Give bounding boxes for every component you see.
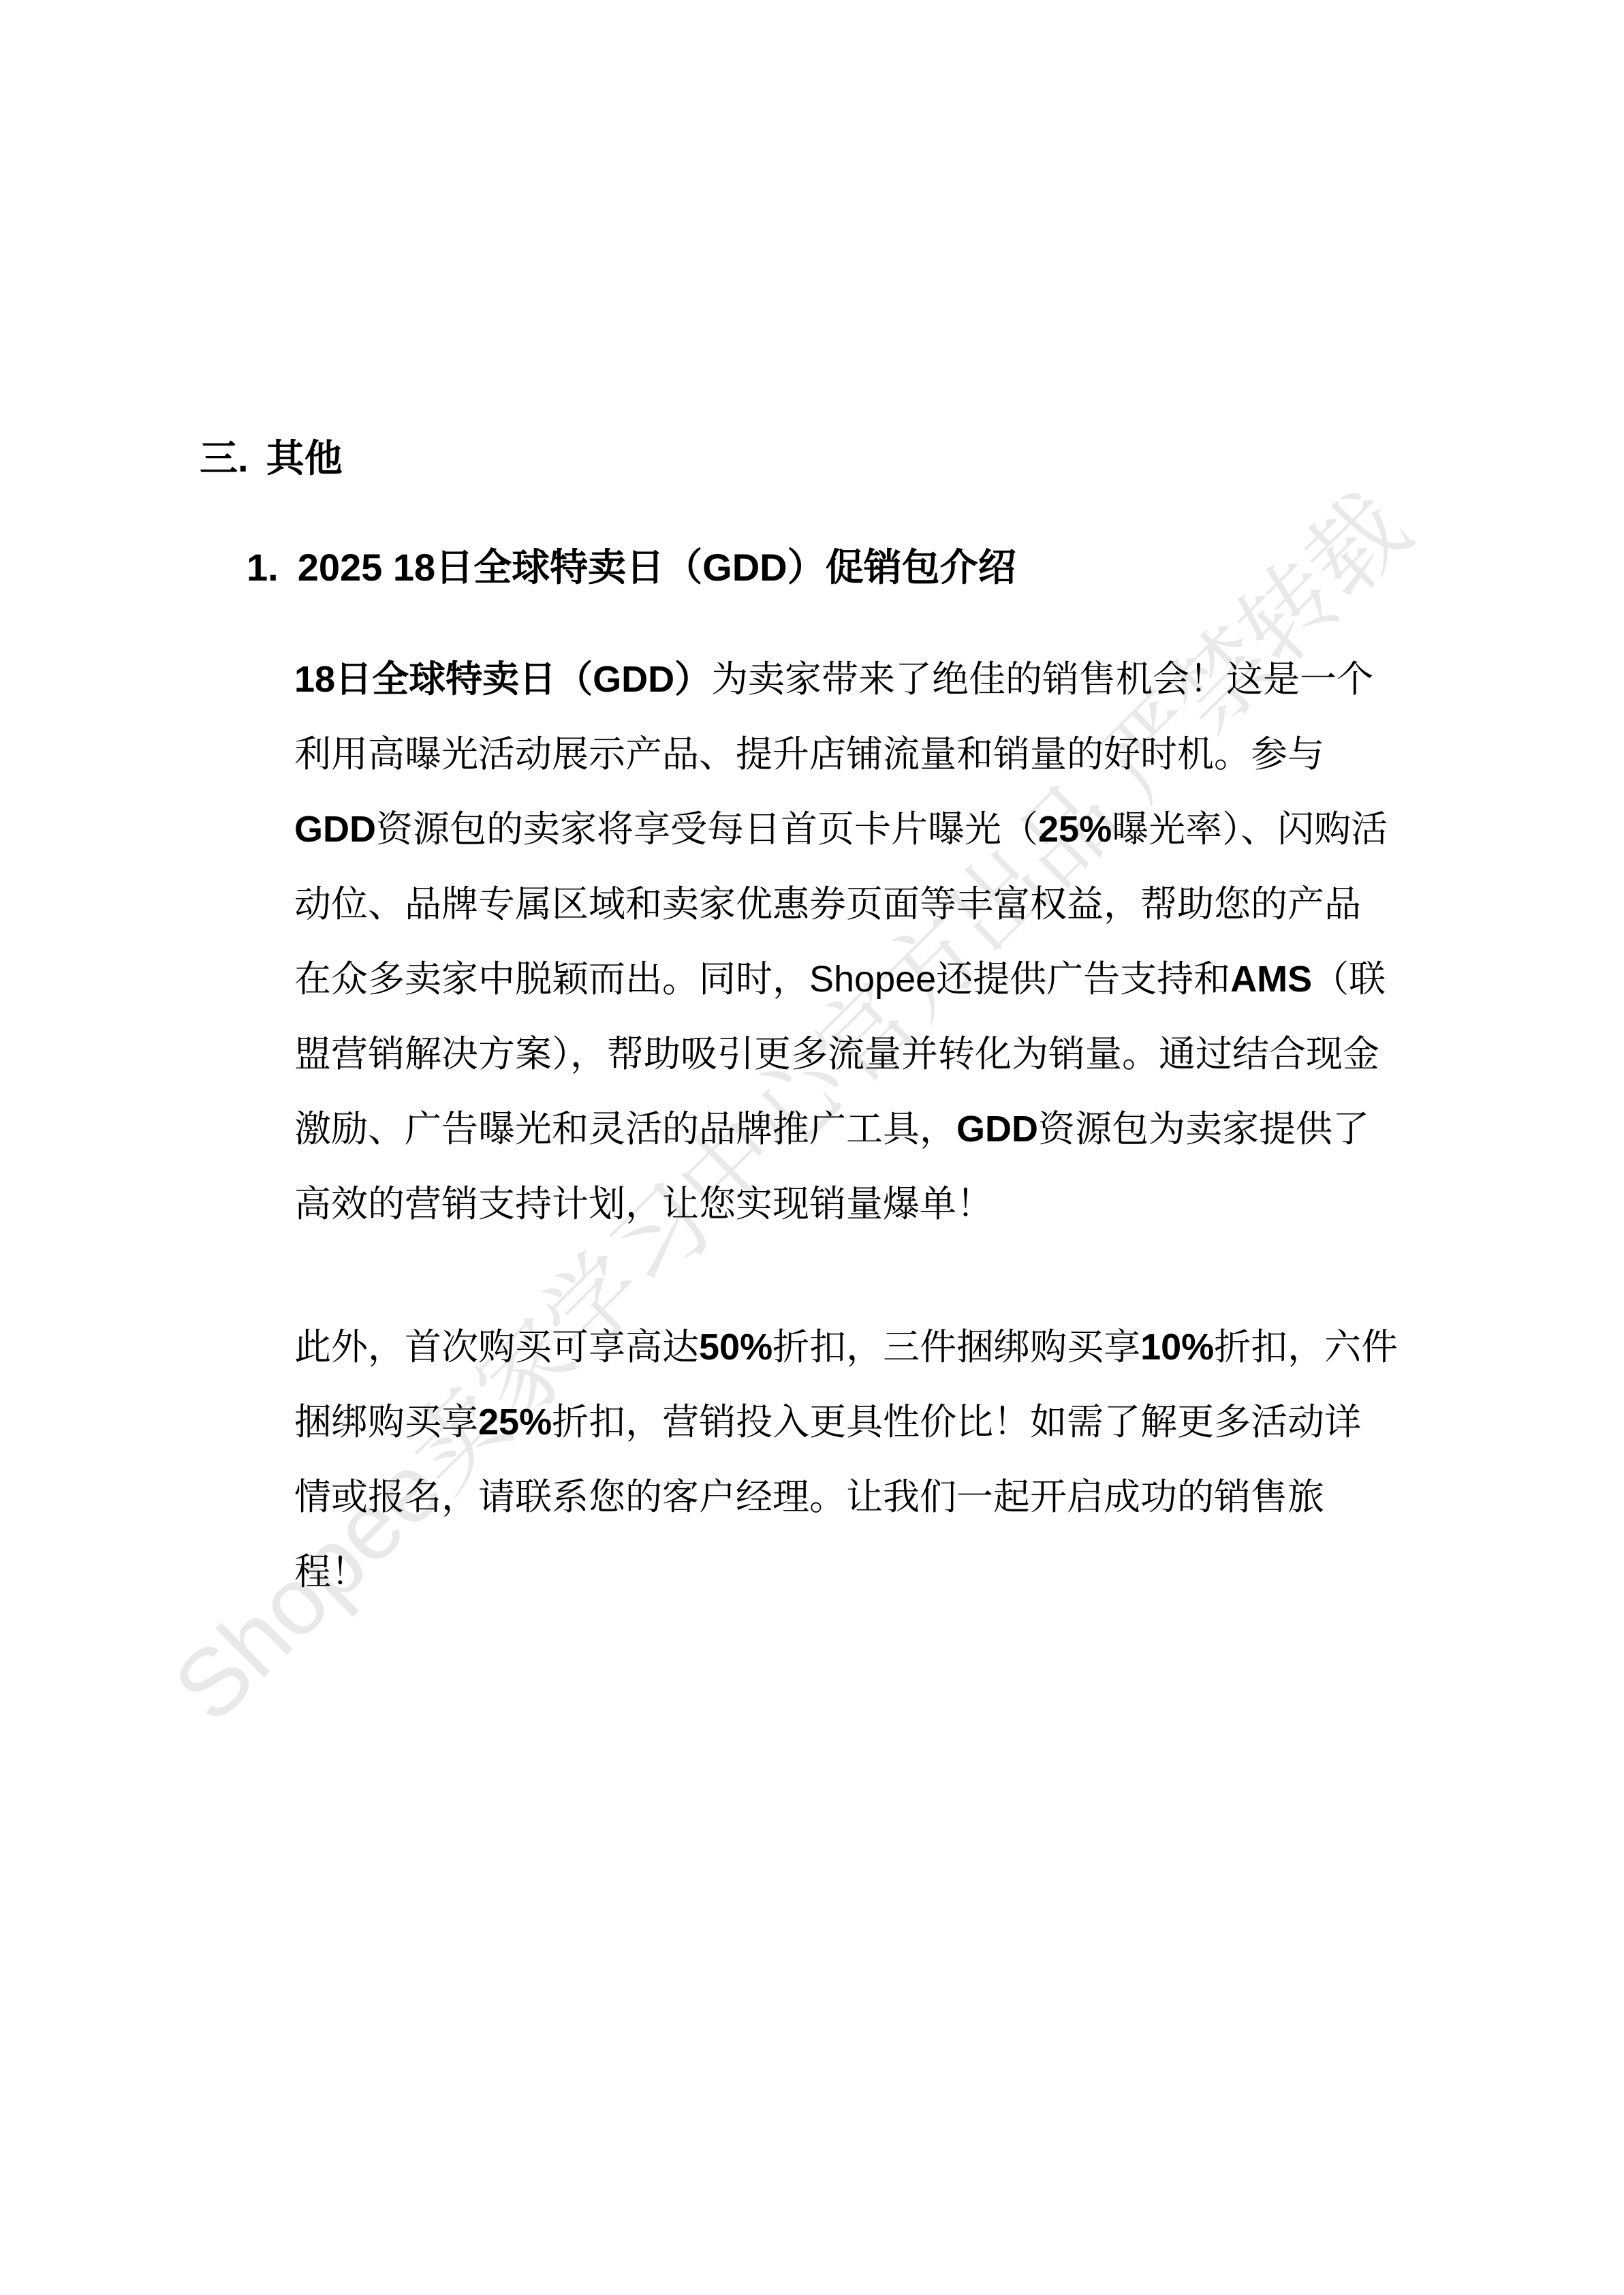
text-segment: 为卖家带来了绝佳的销售机会！这是一个 xyxy=(711,659,1373,700)
text-segment: 此外，首次购买可享高达 xyxy=(294,1327,699,1368)
text-line: 情或报名，请联系您的客户经理。让我们一起开启成功的销售旅 xyxy=(294,1460,1452,1535)
text-line: 利用高曝光活动展示产品、提升店铺流量和销量的好时机。参与 xyxy=(294,717,1452,792)
text-segment: （联 xyxy=(1312,959,1386,1000)
item-number: 1. xyxy=(247,546,279,589)
text-line: 激励、广告曝光和灵活的品牌推广工具，GDD资源包为卖家提供了 xyxy=(294,1092,1452,1167)
text-segment: 折扣，六件 xyxy=(1214,1327,1398,1368)
text-segment: 程！ xyxy=(294,1552,368,1592)
text-line: 18日全球特卖日（GDD）为卖家带来了绝佳的销售机会！这是一个 xyxy=(294,642,1452,717)
text-segment: 捆绑购买享 xyxy=(294,1402,478,1443)
text-segment: 资源包的卖家将享受每日首页卡片曝光（ xyxy=(376,809,1038,850)
text-segment: 高效的营销支持计划，让您实现销量爆单！ xyxy=(294,1184,993,1224)
text-segment: 激励、广告曝光和灵活的品牌推广工具， xyxy=(294,1109,956,1150)
section-heading: 三.其他 xyxy=(200,437,343,480)
bold-text-segment: AMS xyxy=(1230,959,1312,1000)
section-number: 三. xyxy=(200,437,249,480)
text-line: 盟营销解决方案），帮助吸引更多流量并转化为销量。通过结合现金 xyxy=(294,1017,1452,1092)
text-segment: 在众多卖家中脱颖而出。同时，Shopee还提供广告支持和 xyxy=(294,959,1230,1000)
bold-text-segment: 10% xyxy=(1140,1327,1214,1368)
text-segment: 折扣，三件捆绑购买享 xyxy=(772,1327,1140,1368)
text-line: GDD资源包的卖家将享受每日首页卡片曝光（25%曝光率）、闪购活 xyxy=(294,792,1452,867)
text-segment: 动位、品牌专属区域和卖家优惠券页面等丰富权益，帮助您的产品 xyxy=(294,884,1361,925)
bold-text-segment: 50% xyxy=(699,1327,772,1368)
document-page: Shopee卖家学习中心官方出品 严禁转载 三.其他 1.2025 18日全球特… xyxy=(0,0,1624,2295)
text-line: 程！ xyxy=(294,1535,1452,1609)
text-segment: 曝光率）、闪购活 xyxy=(1112,809,1388,850)
text-line: 高效的营销支持计划，让您实现销量爆单！ xyxy=(294,1167,1452,1242)
item-title: 2025 18日全球特卖日（GDD）促销包介绍 xyxy=(298,546,1016,589)
item-heading: 1.2025 18日全球特卖日（GDD）促销包介绍 xyxy=(247,546,1016,589)
text-line: 捆绑购买享25%折扣，营销投入更具性价比！如需了解更多活动详 xyxy=(294,1385,1452,1460)
bold-text-segment: 18日全球特卖日（GDD） xyxy=(294,659,711,700)
bold-text-segment: 25% xyxy=(1038,809,1112,850)
text-segment: 情或报名，请联系您的客户经理。让我们一起开启成功的销售旅 xyxy=(294,1477,1324,1518)
text-line: 此外，首次购买可享高达50%折扣，三件捆绑购买享10%折扣，六件 xyxy=(294,1310,1452,1385)
text-segment: 折扣，营销投入更具性价比！如需了解更多活动详 xyxy=(552,1402,1361,1443)
text-segment: 资源包为卖家提供了 xyxy=(1038,1109,1369,1150)
section-title: 其他 xyxy=(266,437,343,480)
bold-text-segment: 25% xyxy=(478,1402,552,1443)
paragraph-gdd-intro: 18日全球特卖日（GDD）为卖家带来了绝佳的销售机会！这是一个利用高曝光活动展示… xyxy=(294,642,1452,1242)
text-line: 动位、品牌专属区域和卖家优惠券页面等丰富权益，帮助您的产品 xyxy=(294,867,1452,942)
text-segment: 利用高曝光活动展示产品、提升店铺流量和销量的好时机。参与 xyxy=(294,734,1324,775)
bold-text-segment: GDD xyxy=(956,1109,1038,1150)
text-line: 在众多卖家中脱颖而出。同时，Shopee还提供广告支持和AMS（联 xyxy=(294,942,1452,1017)
bold-text-segment: GDD xyxy=(294,809,376,850)
text-segment: 盟营销解决方案），帮助吸引更多流量并转化为销量。通过结合现金 xyxy=(294,1034,1379,1075)
paragraph-discounts: 此外，首次购买可享高达50%折扣，三件捆绑购买享10%折扣，六件捆绑购买享25%… xyxy=(294,1310,1452,1609)
